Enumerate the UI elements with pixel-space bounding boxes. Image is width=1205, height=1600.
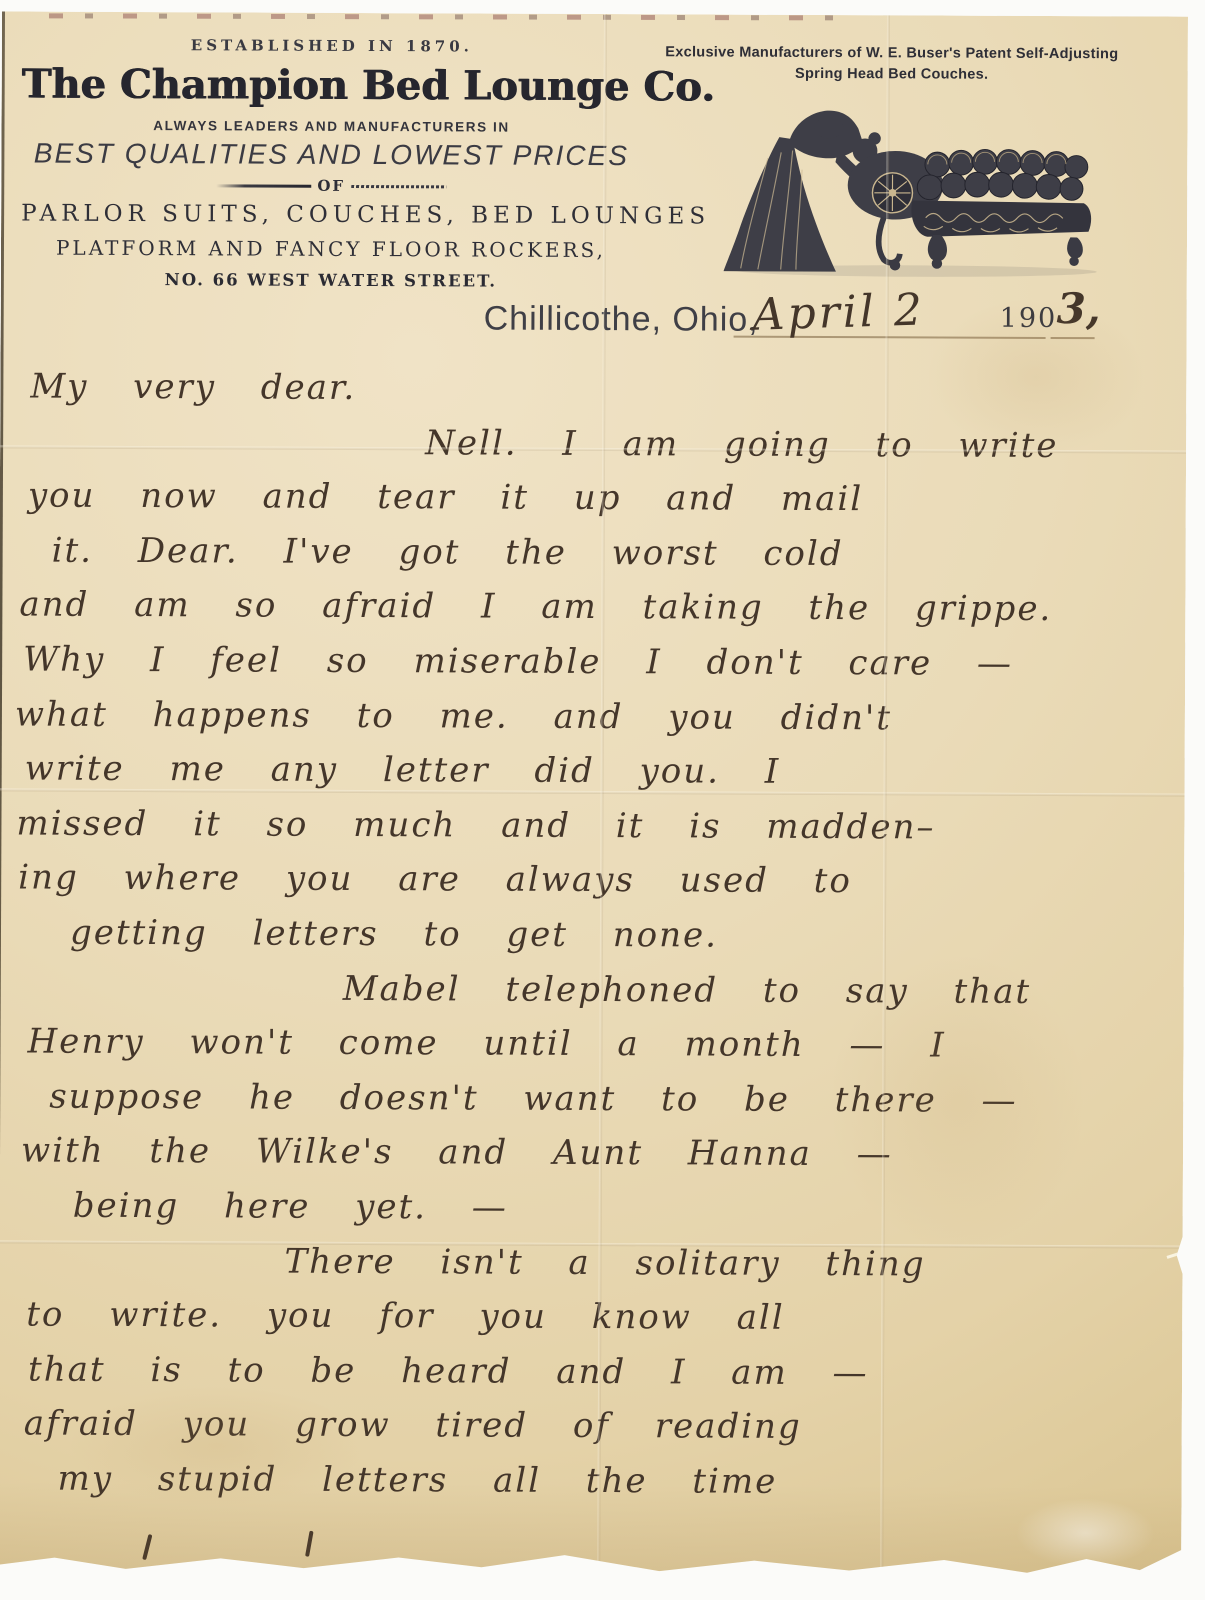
bed-couch-engraving-icon <box>697 100 1098 287</box>
established-line: ESTABLISHED IN 1870. <box>22 35 642 56</box>
handwritten-line: and am so afraid I am taking the grippe. <box>19 578 1179 638</box>
handwritten-line: ing where you are always used to <box>18 851 1178 911</box>
ornament-rule-left <box>216 184 311 187</box>
handwritten-line: that is to be heard and I am — <box>28 1342 1176 1402</box>
handwritten-line: getting letters to get none. <box>70 906 1178 965</box>
handwritten-line: what happens to me. and you didn't <box>15 687 1179 747</box>
exclusive-manufacturers-line-1: Exclusive Manufacturers of W. E. Buser's… <box>652 42 1132 65</box>
handwritten-line: Mabel telephoned to say that <box>343 961 1178 1019</box>
handwritten-line: missed it so much and it is madden– <box>16 796 1178 856</box>
handwritten-line: being here yet. — <box>73 1179 1177 1238</box>
year-rule <box>1051 337 1095 339</box>
printed-year-prefix: 190 <box>1000 303 1058 334</box>
letterhead-left-column: ESTABLISHED IN 1870. The Champion Bed Lo… <box>21 35 642 291</box>
company-name: The Champion Bed Lounge Co. <box>22 60 642 110</box>
handwritten-date: April 2 <box>752 284 926 340</box>
of-word: OF <box>317 177 345 195</box>
best-qualities-line: BEST QUALITIES AND LOWEST PRICES <box>21 137 641 172</box>
worn-spot <box>1015 1498 1155 1569</box>
products-line-1: PARLOR SUITS, COUCHES, BED LOUNGES <box>21 200 641 229</box>
handwritten-line: suppose he doesn't want to be there — <box>49 1069 1177 1129</box>
exclusive-manufacturers-line-2: Spring Head Bed Couches. <box>652 63 1132 86</box>
products-line-2: PLATFORM AND FANCY FLOOR ROCKERS, <box>21 235 641 262</box>
ornament-rule-right <box>351 184 446 187</box>
of-ornament: OF <box>21 178 641 193</box>
letterhead-right-column: Exclusive Manufacturers of W. E. Buser's… <box>652 42 1132 86</box>
printed-place-line: Chillicothe, Ohio, <box>484 300 759 340</box>
top-edge-ink-marks <box>49 13 855 20</box>
handwritten-line: my stupid letters all the time <box>57 1452 1175 1511</box>
letter-body: My very dear. Nell. I am going to write … <box>5 359 1180 1511</box>
always-leaders-line: ALWAYS LEADERS AND MANUFACTURERS IN <box>21 117 641 135</box>
handwritten-line: Nell. I am going to write <box>425 416 1180 474</box>
street-address: NO. 66 WEST WATER STREET. <box>21 269 641 291</box>
handwritten-line: it. Dear. I've got the worst cold <box>52 523 1180 583</box>
cutoff-pen-stroke <box>142 1534 152 1560</box>
handwritten-year-digit: 3, <box>1057 284 1101 333</box>
cutoff-pen-stroke <box>305 1531 314 1557</box>
letter-paper: ESTABLISHED IN 1870. The Champion Bed Lo… <box>0 11 1188 1576</box>
